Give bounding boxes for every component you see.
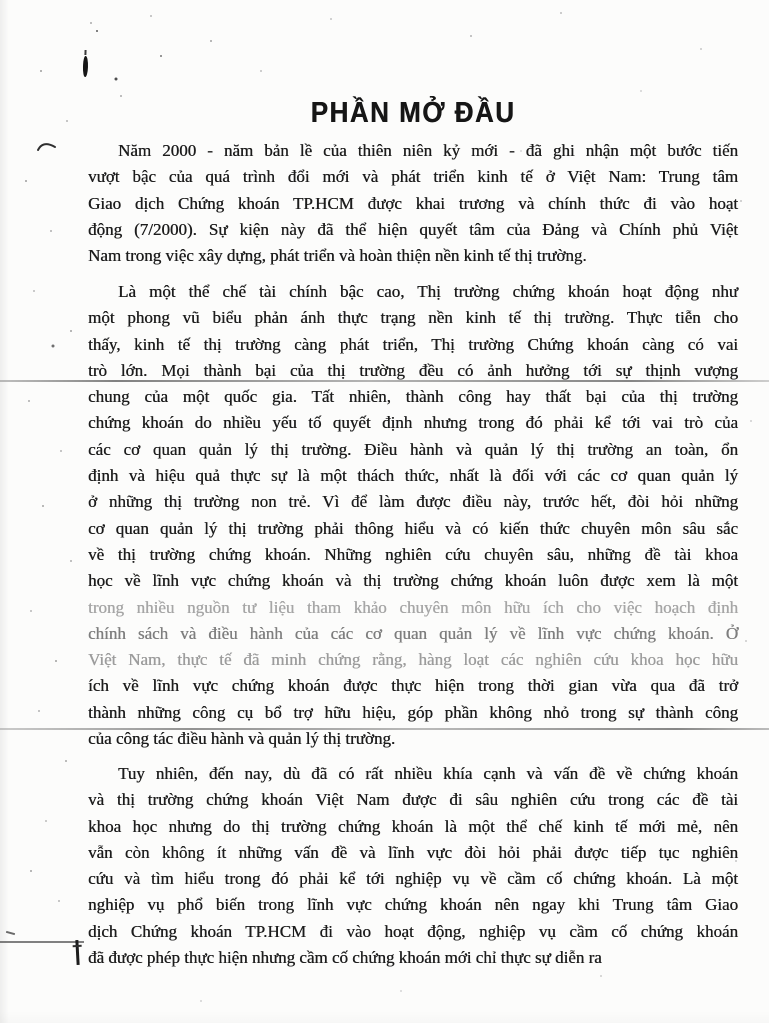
pen-stroke-mark	[36, 140, 58, 158]
text-line: và thị trường chứng khoán Việt Nam được …	[88, 787, 738, 813]
text-line: Giao dịch Chứng khoán TP.HCM được khai t…	[88, 191, 738, 217]
scanned-document-page: PHẦN MỞ ĐẦU Năm 2000 - năm bản lề của th…	[0, 0, 769, 1023]
text-line-faded: chính sách và điều hành của các cơ quan …	[88, 621, 738, 647]
text-line: vượt bậc của quá trình đổi mới và phát t…	[88, 164, 738, 190]
text-line: Năm 2000 - năm bản lề của thiên niên kỷ …	[88, 138, 738, 164]
text-line: khoa học nhưng do thị trường chứng khoán…	[88, 814, 738, 840]
text-line: thành những công cụ bổ trợ hữu hiệu, góp…	[88, 700, 738, 726]
text-line: trò lớn. Mọi thành bại của thị trường đề…	[88, 358, 738, 384]
text-line: chứng khoán do nhiều yếu tố quyết định n…	[88, 410, 738, 436]
paragraph-research-gap: Tuy nhiên, đến nay, dù đã có rất nhiều k…	[88, 761, 738, 971]
text-line-faded: Việt Nam, thực tế đã minh chứng rằng, hà…	[88, 647, 738, 673]
text-line: Nam trong việc xây dựng, phát triển và h…	[88, 243, 738, 269]
text-line: cơ quan quản lý thị trường phải thông hi…	[88, 516, 738, 542]
margin-dash-mark	[6, 931, 15, 935]
text-line-faded: trong nhiều nguồn tư liệu tham khảo chuy…	[88, 595, 738, 621]
text-line: dịch Chứng khoán TP.HCM đi vào hoạt động…	[88, 919, 738, 945]
text-line: đã được phép thực hiện nhưng cầm cố chứn…	[88, 945, 738, 971]
page-title: PHẦN MỞ ĐẦU	[88, 95, 738, 130]
text-line: một phong vũ biểu phản ánh thực trạng nề…	[88, 305, 738, 331]
text-line: các cơ quan quản lý thị trường. Điều hàn…	[88, 437, 738, 463]
text-line: ở những thị trường non trẻ. Vì để làm đư…	[88, 489, 738, 515]
text-line: chung của một quốc gia. Tất nhiên, thành…	[88, 384, 738, 410]
scan-speckle-noise	[0, 0, 2, 2]
scan-artifact-line	[0, 941, 84, 943]
text-line: ích về lĩnh vực chứng khoán được thực hi…	[88, 673, 738, 699]
ink-streak-mark	[75, 940, 79, 965]
paragraph-opening: Năm 2000 - năm bản lề của thiên niên kỷ …	[88, 138, 738, 269]
text-line: của công tác điều hành và quản lý thị tr…	[88, 726, 738, 752]
text-line: nghiệp vụ phổ biến trong lĩnh vực chứng …	[88, 892, 738, 918]
text-line: Tuy nhiên, đến nay, dù đã có rất nhiều k…	[88, 761, 738, 787]
text-line: động (7/2000). Sự kiện này đã thể hiện q…	[88, 217, 738, 243]
ink-blot-mark	[83, 56, 89, 77]
text-line: cứu và tìm hiểu trong đó phải kể tới ngh…	[88, 866, 738, 892]
text-line: về thị trường chứng khoán. Những nghiên …	[88, 542, 738, 568]
text-line: thấy, kinh tế thị trường càng phát triển…	[88, 332, 738, 358]
paragraph-market-role: Là một thể chế tài chính bậc cao, Thị tr…	[88, 279, 738, 752]
text-line: học về lĩnh vực chứng khoán và thị trườn…	[88, 568, 738, 594]
text-line: định và hiệu quả thực sự là một thách th…	[88, 463, 738, 489]
text-line: Là một thể chế tài chính bậc cao, Thị tr…	[88, 279, 738, 305]
text-line: vẫn còn không ít những vấn đề và lĩnh vự…	[88, 840, 738, 866]
